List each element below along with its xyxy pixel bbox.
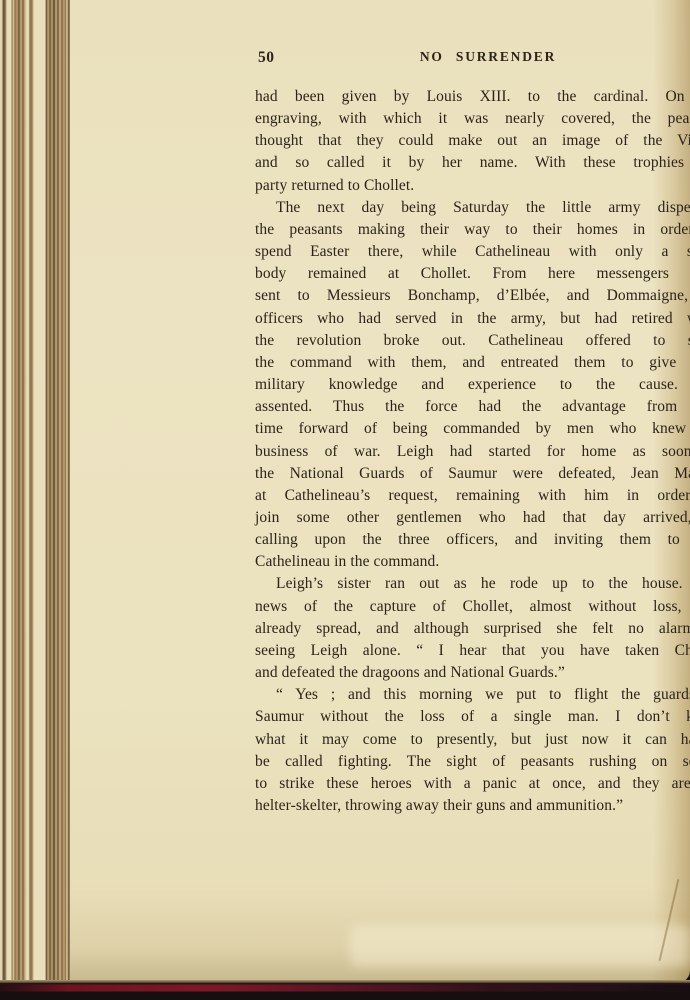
text-line: seeing Leigh alone. “ I hear that you ha… xyxy=(255,640,690,662)
text-line: had been given by Louis XIII. to the car… xyxy=(255,86,690,108)
running-header: NO SURRENDER xyxy=(255,49,690,65)
page-curvature-highlight xyxy=(350,925,690,967)
text-line: calling upon the three officers, and inv… xyxy=(255,529,690,551)
text-line: business of war. Leigh had started for h… xyxy=(255,441,690,463)
text-line: The next day being Saturday the little a… xyxy=(255,197,690,219)
page-number: 50 xyxy=(258,49,275,67)
text-line: assented. Thus the force had the advanta… xyxy=(255,396,690,418)
paragraph: Leigh’s sister ran out as he rode up to … xyxy=(255,573,690,684)
text-line: the peasants making their way to their h… xyxy=(255,219,690,241)
text-line: spend Easter there, while Cathelineau wi… xyxy=(255,241,690,263)
text-line: “ Yes ; and this morning we put to fligh… xyxy=(255,684,690,706)
text-line: sent to Messieurs Bonchamp, d’Elbée, and… xyxy=(255,285,690,307)
text-line: join some other gentlemen who had that d… xyxy=(255,507,690,529)
text-line: to strike these heroes with a panic at o… xyxy=(255,773,690,795)
text-line: military knowledge and experience to the… xyxy=(255,374,690,396)
text-line: and defeated the dragoons and National G… xyxy=(255,662,690,684)
text-line: party returned to Chollet. xyxy=(255,175,690,197)
book-page-edges xyxy=(0,0,71,988)
paragraph: had been given by Louis XIII. to the car… xyxy=(255,86,690,197)
text-line: helter-skelter, throwing away their guns… xyxy=(255,795,690,817)
text-line: and so called it by her name. With these… xyxy=(255,152,690,174)
paragraph: “ Yes ; and this morning we put to fligh… xyxy=(255,684,690,817)
page-header: 50 NO SURRENDER xyxy=(255,49,690,67)
book-photo: 50 NO SURRENDER had been given by Louis … xyxy=(0,0,690,1000)
book-cover-edge xyxy=(0,980,690,1000)
book-page: 50 NO SURRENDER had been given by Louis … xyxy=(70,0,690,986)
text-line: already spread, and although surprised s… xyxy=(255,618,690,640)
page-text: had been given by Louis XIII. to the car… xyxy=(255,86,690,817)
text-line: the revolution broke out. Cathelineau of… xyxy=(255,330,690,352)
text-line: Cathelineau in the command. xyxy=(255,551,690,573)
text-line: engraving, with which it was nearly cove… xyxy=(255,108,690,130)
text-line: what it may come to presently, but just … xyxy=(255,729,690,751)
text-line: Leigh’s sister ran out as he rode up to … xyxy=(255,573,690,595)
text-line: body remained at Chollet. From here mess… xyxy=(255,263,690,285)
text-line: at Cathelineau’s request, remaining with… xyxy=(255,485,690,507)
text-line: thought that they could make out an imag… xyxy=(255,130,690,152)
paragraph: The next day being Saturday the little a… xyxy=(255,197,690,574)
text-line: officers who had served in the army, but… xyxy=(255,308,690,330)
text-line: time forward of being commanded by men w… xyxy=(255,418,690,440)
text-line: news of the capture of Chollet, almost w… xyxy=(255,596,690,618)
text-line: Saumur without the loss of a single man.… xyxy=(255,706,690,728)
text-line: the National Guards of Saumur were defea… xyxy=(255,463,690,485)
text-line: be called fighting. The sight of peasant… xyxy=(255,751,690,773)
text-line: the command with them, and entreated the… xyxy=(255,352,690,374)
